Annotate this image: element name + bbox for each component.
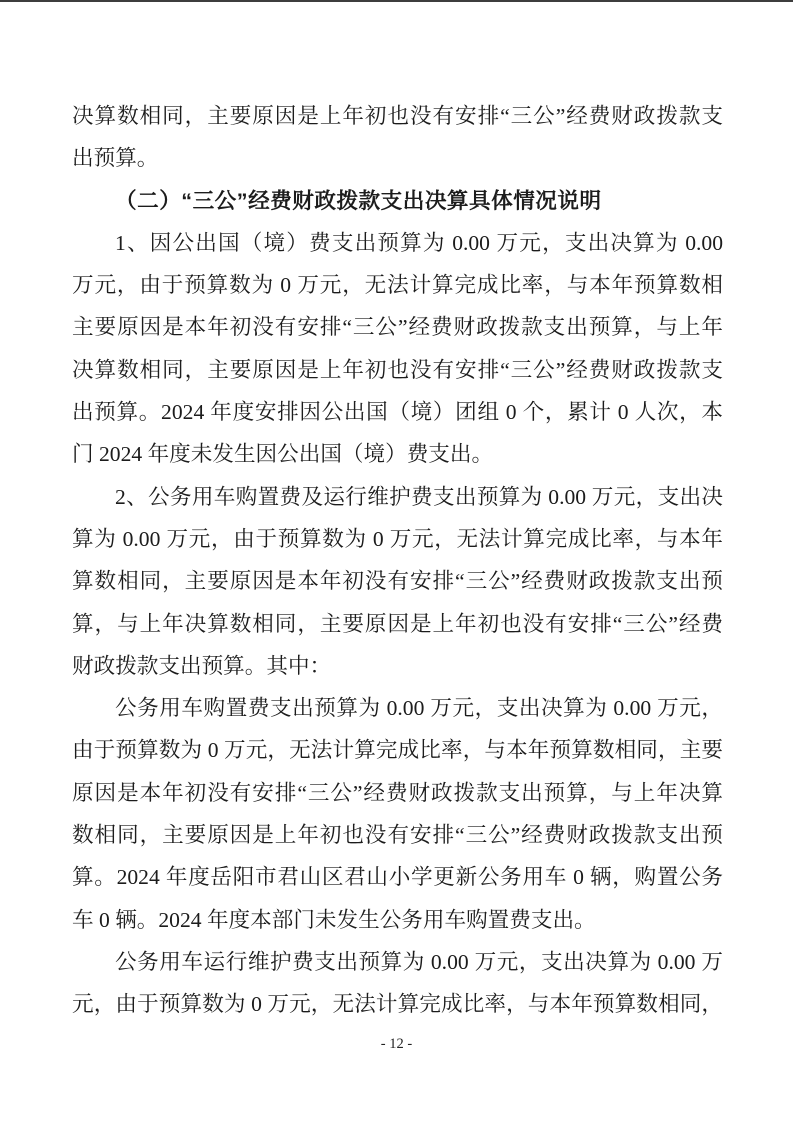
text-line: 元，由于预算数为 0 万元，无法计算完成比率，与本年预算数相同， [72, 983, 723, 1025]
text-line: 公务用车购置费支出预算为 0.00 万元，支出决算为 0.00 万元， [72, 687, 723, 729]
text-line: 2、公务用车购置费及运行维护费支出预算为 0.00 万元，支出决 [72, 476, 723, 518]
text-line: 算，与上年决算数相同，主要原因是上年初也没有安排“三公”经费 [72, 603, 723, 645]
text-line: 算。2024 年度岳阳市君山区君山小学更新公务用车 0 辆，购置公务用 [72, 856, 723, 898]
text-line: 由于预算数为 0 万元，无法计算完成比率，与本年预算数相同，主要 [72, 729, 723, 771]
text-line: 出预算。 [72, 137, 723, 179]
text-line: 决算数相同，主要原因是上年初也没有安排“三公”经费财政拨款支 [72, 95, 723, 137]
text-line: 数相同，主要原因是上年初也没有安排“三公”经费财政拨款支出预 [72, 814, 723, 856]
text-line: 公务用车运行维护费支出预算为 0.00 万元，支出决算为 0.00 万 [72, 941, 723, 983]
text-line: 算数相同，主要原因是本年初没有安排“三公”经费财政拨款支出预 [72, 560, 723, 602]
text-line: 原因是本年初没有安排“三公”经费财政拨款支出预算，与上年决算 [72, 772, 723, 814]
text-line: 车 0 辆。2024 年度本部门未发生公务用车购置费支出。 [72, 899, 723, 941]
document-body: 决算数相同，主要原因是上年初也没有安排“三公”经费财政拨款支出预算。（二）“三公… [72, 95, 723, 1026]
text-line: 万元，由于预算数为 0 万元，无法计算完成比率，与本年预算数相同， [72, 264, 723, 306]
text-line: 出预算。2024 年度安排因公出国（境）团组 0 个，累计 0 人次，本部 [72, 391, 723, 433]
page-top-border [0, 0, 793, 2]
text-line: 1、因公出国（境）费支出预算为 0.00 万元，支出决算为 0.00 [72, 222, 723, 264]
page-number: - 12 - [0, 1036, 793, 1053]
text-line: 财政拨款支出预算。其中： [72, 645, 723, 687]
text-line: 决算数相同，主要原因是上年初也没有安排“三公”经费财政拨款支 [72, 349, 723, 391]
text-line: 主要原因是本年初没有安排“三公”经费财政拨款支出预算，与上年 [72, 306, 723, 348]
text-line: 算为 0.00 万元，由于预算数为 0 万元，无法计算完成比率，与本年预 [72, 518, 723, 560]
section-heading: （二）“三公”经费财政拨款支出决算具体情况说明 [72, 180, 723, 222]
document-page: 决算数相同，主要原因是上年初也没有安排“三公”经费财政拨款支出预算。（二）“三公… [0, 0, 793, 1122]
text-line: 门 2024 年度未发生因公出国（境）费支出。 [72, 433, 723, 475]
